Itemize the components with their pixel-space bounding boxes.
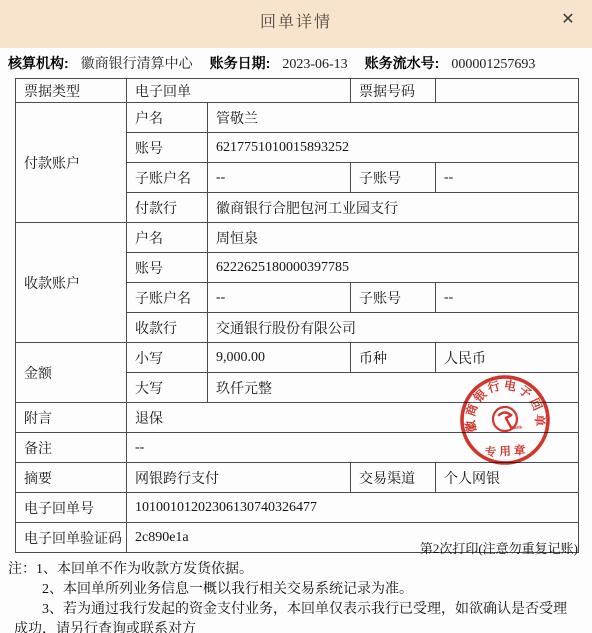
payee-bank-label: 收款行 — [127, 313, 208, 343]
payee-name-value: 周恒泉 — [208, 223, 579, 253]
payee-sub-name-value: -- — [208, 283, 351, 313]
payer-account-value: 6217751010015893252 — [208, 133, 579, 163]
row-payee-name: 收款账户 户名 周恒泉 — [16, 223, 579, 253]
receipt-no-value: 10100101202306130740326477 — [127, 493, 579, 523]
payer-sub-account-label: 子账号 — [351, 163, 436, 193]
payee-account-value: 6222625180000397785 — [208, 253, 579, 283]
amount-group-label: 金额 — [16, 343, 127, 403]
bill-type-label: 票据类型 — [16, 79, 127, 103]
serial-value: 000001257693 — [451, 57, 535, 72]
summary-label: 摘要 — [16, 463, 127, 493]
payer-name-value: 管敬兰 — [208, 103, 579, 133]
note-line-1: 注：1、本回单不作为收款方发货依据。 — [8, 560, 588, 580]
row-bill-type: 票据类型 电子回单 票据号码 — [16, 79, 579, 103]
date-label: 账务日期: — [210, 55, 271, 71]
row-amount-figures: 金额 小写 9,000.00 币种 人民币 — [16, 343, 579, 373]
note-line-3: 3、若为通过我行发起的资金支付业务，本回单仅表示我行已受理，如欲确认是否受理 — [8, 600, 588, 620]
note-line-4: 成功，请另行查询或联系对方 — [8, 620, 588, 633]
payee-sub-account-value: -- — [436, 283, 579, 313]
payer-group-label: 付款账户 — [16, 103, 127, 223]
bill-no-label: 票据号码 — [351, 79, 436, 103]
dialog-titlebar: 回单详情 ✕ — [0, 0, 592, 48]
stamp-bottom-text: 专用章 — [485, 443, 529, 459]
amount-figures-label: 小写 — [127, 343, 208, 373]
svg-text:徽商银行电子回单: 徽商银行电子回单 — [460, 375, 549, 434]
org-value: 徽商银行清算中心 — [81, 57, 193, 72]
payer-bank-label: 付款行 — [127, 193, 208, 223]
dialog-title: 回单详情 — [0, 9, 592, 32]
postscript-label: 附言 — [16, 403, 127, 433]
footer-notes: 注：1、本回单不作为收款方发货依据。 2、本回单所列业务信息一概以我行相关交易系… — [8, 560, 588, 633]
summary-value: 网银跨行支付 — [127, 463, 351, 493]
payer-bank-value: 徽商银行合肥包河工业园支行 — [208, 193, 579, 223]
print-count-note: 第2次打印(注意勿重复记账) — [0, 538, 578, 557]
bank-e-receipt-stamp-icon: 徽商银行电子回单 Bank 专用章 — [457, 372, 553, 468]
payee-sub-account-label: 子账号 — [351, 283, 436, 313]
amount-words-label: 大写 — [127, 373, 208, 403]
account-info-bar: 核算机构:徽商银行清算中心账务日期:2023-06-13账务流水号:000001… — [8, 53, 578, 73]
receipt-detail-dialog: 回单详情 ✕ 核算机构:徽商银行清算中心账务日期:2023-06-13账务流水号… — [0, 0, 592, 633]
stamp-logo-text: Bank — [510, 425, 522, 432]
payer-sub-name-value: -- — [208, 163, 351, 193]
org-label: 核算机构: — [8, 55, 69, 71]
receipt-no-label: 电子回单号 — [16, 493, 127, 523]
remark-label: 备注 — [16, 433, 127, 463]
payer-sub-name-label: 子账户名 — [127, 163, 208, 193]
payee-name-label: 户名 — [127, 223, 208, 253]
payer-sub-account-value: -- — [436, 163, 579, 193]
close-icon[interactable]: ✕ — [555, 6, 581, 32]
payee-bank-value: 交通银行股份有限公司 — [208, 313, 579, 343]
amount-figures-value: 9,000.00 — [208, 343, 351, 373]
payee-account-label: 账号 — [127, 253, 208, 283]
date-value: 2023-06-13 — [282, 57, 347, 72]
currency-label: 币种 — [351, 343, 436, 373]
payee-sub-name-label: 子账户名 — [127, 283, 208, 313]
stamp-ring-text: 徽商银行电子回单 — [460, 375, 549, 434]
receipt-table: 票据类型 电子回单 票据号码 付款账户 户名 管敬兰 账号 6217751010… — [15, 78, 579, 553]
note-line-2: 2、本回单所列业务信息一概以我行相关交易系统记录为准。 — [8, 580, 588, 600]
bill-no-value — [436, 79, 579, 103]
currency-value: 人民币 — [436, 343, 579, 373]
payer-name-label: 户名 — [127, 103, 208, 133]
payee-group-label: 收款账户 — [16, 223, 127, 343]
row-receipt-no: 电子回单号 10100101202306130740326477 — [16, 493, 579, 523]
channel-label: 交易渠道 — [351, 463, 436, 493]
row-payer-name: 付款账户 户名 管敬兰 — [16, 103, 579, 133]
bill-type-value: 电子回单 — [127, 79, 351, 103]
serial-label: 账务流水号: — [365, 55, 440, 71]
payer-account-label: 账号 — [127, 133, 208, 163]
